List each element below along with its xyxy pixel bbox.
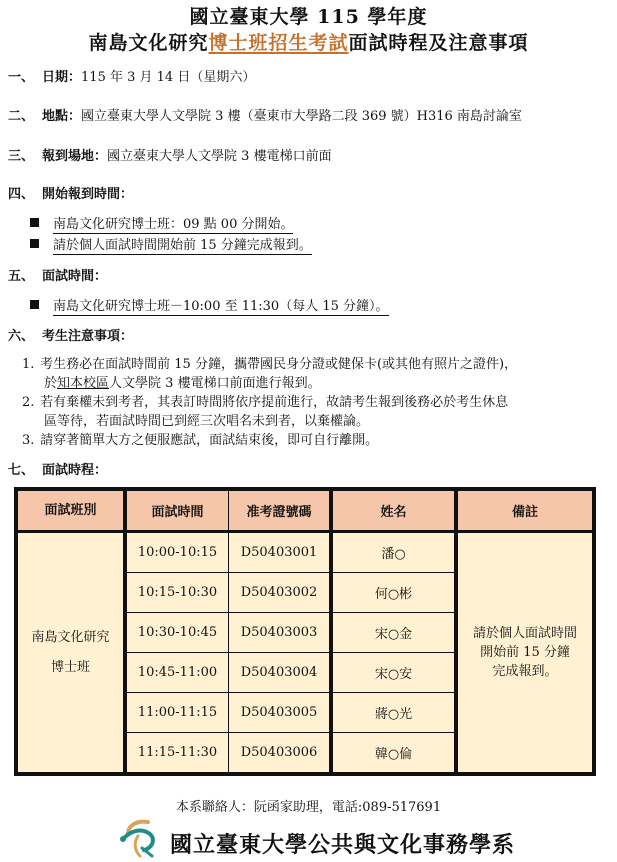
remark-cell: 請於個人面試時間 開始前 15 分鐘 完成報到。 (456, 532, 594, 775)
checkin-place-value: 國立臺東大學人文學院 3 樓電梯口前面 (107, 149, 332, 164)
title-line-1: 國立臺東大學 115 學年度 (0, 2, 617, 29)
bullet-text: 請於個人面試時間開始前 15 分鐘完成報到。 (53, 238, 312, 255)
name-cell: 何○彬 (331, 573, 456, 613)
title-pre: 南島文化研究 (88, 32, 208, 54)
exam-id-cell: D50403002 (229, 573, 332, 613)
remark-line: 完成報到。 (458, 662, 592, 681)
bullet-text: 南島文化研究博士班：09 點 00 分開始。 (53, 217, 293, 234)
name-cell: 宋○金 (331, 613, 456, 653)
header-time: 面試時間 (125, 489, 229, 532)
section-number: 五、 (8, 269, 34, 284)
square-bullet-icon (30, 218, 39, 227)
time-cell: 11:00-11:15 (125, 693, 229, 733)
contact-info: 本系聯絡人：阮函家助理，電話:089-517691 (0, 796, 617, 815)
section-label: 開始報到時間： (42, 187, 133, 202)
section-label: 地點： (42, 109, 81, 124)
section-interview-time: 五、面試時間： (8, 265, 107, 284)
section-date: 一、日期：115 年 3 月 14 日（星期六） (8, 66, 255, 85)
header-exam-id: 准考證號碼 (229, 489, 332, 532)
remark-line: 開始前 15 分鐘 (458, 643, 592, 662)
section-label: 面試時間： (42, 269, 107, 284)
note-item-2: 2. 若有棄權未到考者，其表訂時間將依序提前進行，故請考生報到後務必於考生休息 … (22, 393, 602, 431)
section-checkin-place: 三、報到場地：國立臺東大學人文學院 3 樓電梯口前面 (8, 145, 332, 164)
interview-bullet: 南島文化研究博士班－10:00 至 11:30（每人 15 分鐘）。 (30, 295, 389, 314)
section-checkin-time: 四、開始報到時間： (8, 183, 133, 202)
note-item-1: 1. 考生務必在面試時間前 15 分鐘，攜帶國民身分證或健保卡(或其他有照片之證… (22, 355, 602, 393)
remark-line: 請於個人面試時間 (458, 624, 592, 643)
section-schedule: 七、面試時程： (8, 459, 107, 478)
exam-id-cell: D50403005 (229, 693, 332, 733)
exam-id-cell: D50403003 (229, 613, 332, 653)
section-number: 三、 (8, 149, 34, 164)
note-text: 若有棄權未到考者，其表訂時間將依序提前進行，故請考生報到後務必於考生休息 (40, 395, 508, 410)
note-continuation: 區等待，若面試時間已到經三次唱名未到者，以棄權論。 (22, 412, 602, 431)
section-label: 報到場地： (42, 149, 107, 164)
department-name: 國立臺東大學公共與文化事務學系 (170, 828, 515, 859)
name-cell: 韓○倫 (331, 733, 456, 775)
section-label: 考生注意事項： (42, 329, 133, 344)
note-underlined-text: 知本校區 (57, 376, 109, 391)
title-highlight: 博士班招生考試 (208, 32, 348, 54)
table-row: 南島文化研究 博士班 10:00-10:15 D50403001 潘○ 請於個人… (16, 532, 594, 573)
header-name: 姓名 (331, 489, 456, 532)
section-number: 六、 (8, 329, 34, 344)
note-text: 請穿著簡單大方之便服應試，面試結束後，即可自行離開。 (40, 433, 378, 448)
name-cell: 宋○安 (331, 653, 456, 693)
time-cell: 11:15-11:30 (125, 733, 229, 775)
class-name-cell: 南島文化研究 博士班 (16, 532, 125, 775)
section-label: 日期： (42, 70, 81, 85)
note-number: 3. (22, 431, 36, 450)
location-value: 國立臺東大學人文學院 3 樓（臺東市大學路二段 369 號）H316 南島討論室 (81, 109, 522, 124)
schedule-table: 面試班別 面試時間 准考證號碼 姓名 備註 南島文化研究 博士班 10:00-1… (14, 487, 596, 776)
title-post: 面試時程及注意事項 (349, 32, 529, 54)
table-header-row: 面試班別 面試時間 准考證號碼 姓名 備註 (16, 489, 594, 532)
section-number: 二、 (8, 109, 34, 124)
section-label: 面試時程： (42, 463, 107, 478)
header-remark: 備註 (456, 489, 594, 532)
note-continuation: 於知本校區人文學院 3 樓電梯口前面進行報到。 (22, 374, 602, 393)
note-text: 考生務必在面試時間前 15 分鐘，攜帶國民身分證或健保卡(或其他有照片之證件)， (40, 357, 517, 372)
square-bullet-icon (30, 239, 39, 248)
note-text: 人文學院 3 樓電梯口前面進行報到。 (109, 376, 321, 391)
section-notes: 六、考生注意事項： (8, 325, 133, 344)
name-cell: 潘○ (331, 532, 456, 573)
note-text: 於 (44, 376, 57, 391)
note-number: 1. (22, 355, 36, 374)
exam-id-cell: D50403001 (229, 532, 332, 573)
exam-id-cell: D50403004 (229, 653, 332, 693)
name-cell: 蔣○光 (331, 693, 456, 733)
title-line-2: 南島文化研究博士班招生考試面試時程及注意事項 (0, 28, 617, 55)
section-location: 二、地點：國立臺東大學人文學院 3 樓（臺東市大學路二段 369 號）H316 … (8, 105, 522, 124)
class-name-line: 南島文化研究 (18, 623, 123, 653)
time-cell: 10:45-11:00 (125, 653, 229, 693)
section-number: 四、 (8, 187, 34, 202)
square-bullet-icon (30, 300, 39, 309)
section-number: 七、 (8, 463, 34, 478)
header-class: 面試班別 (16, 489, 125, 532)
time-cell: 10:30-10:45 (125, 613, 229, 653)
date-value: 115 年 3 月 14 日（星期六） (81, 70, 255, 85)
note-number: 2. (22, 393, 36, 412)
note-item-3: 3. 請穿著簡單大方之便服應試，面試結束後，即可自行離開。 (22, 431, 602, 450)
department-logo-icon (118, 818, 162, 860)
class-name-line: 博士班 (18, 653, 123, 683)
section-number: 一、 (8, 70, 34, 85)
checkin-bullet: 南島文化研究博士班：09 點 00 分開始。 (30, 213, 293, 232)
time-cell: 10:00-10:15 (125, 532, 229, 573)
checkin-bullet: 請於個人面試時間開始前 15 分鐘完成報到。 (30, 234, 312, 253)
bullet-text: 南島文化研究博士班－10:00 至 11:30（每人 15 分鐘）。 (53, 299, 389, 316)
time-cell: 10:15-10:30 (125, 573, 229, 613)
exam-id-cell: D50403006 (229, 733, 332, 775)
